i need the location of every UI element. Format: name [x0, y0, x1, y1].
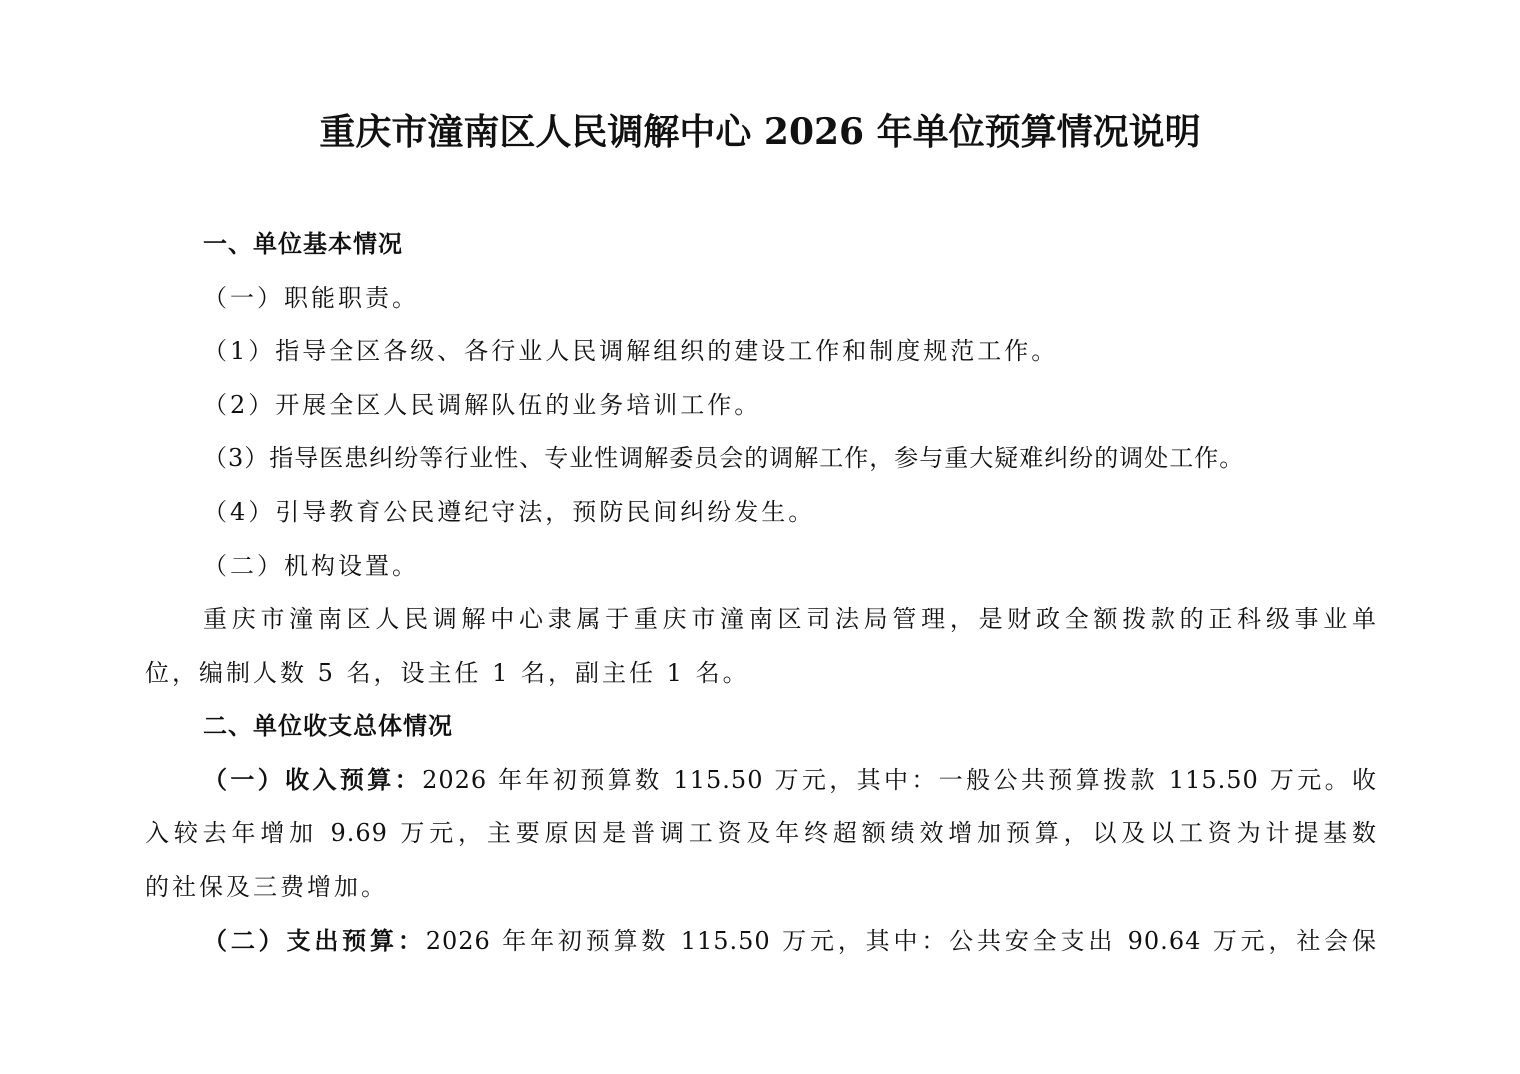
section-heading-basic-info: 一、单位基本情况 [203, 226, 1377, 262]
function-item-4: （4）引导教育公民遵纪守法，预防民间纠纷发生。 [203, 494, 1377, 530]
income-budget-line-1: （一）收入预算：2026 年年初预算数 115.50 万元，其中：一般公共预算拨… [203, 762, 1377, 798]
subheading-organization: （二）机构设置。 [203, 548, 1377, 584]
document-title: 重庆市潼南区人民调解中心 2026 年单位预算情况说明 [0, 108, 1520, 156]
subheading-functions: （一）职能职责。 [203, 280, 1377, 316]
function-item-2: （2）开展全区人民调解队伍的业务培训工作。 [203, 387, 1377, 423]
section-heading-revenue-expenditure: 二、单位收支总体情况 [203, 708, 1377, 744]
function-item-3: （3）指导医患纠纷等行业性、专业性调解委员会的调解工作，参与重大疑难纠纷的调处工… [203, 440, 1377, 476]
income-budget-line-3: 的社保及三费增加。 [145, 869, 1377, 905]
function-item-1: （1）指导全区各级、各行业人民调解组织的建设工作和制度规范工作。 [203, 333, 1377, 369]
income-budget-lead: （一）收入预算： [203, 765, 422, 794]
expense-budget-line-1: （二）支出预算：2026 年年初预算数 115.50 万元，其中：公共安全支出 … [203, 923, 1377, 959]
expense-budget-text: 2026 年年初预算数 115.50 万元，其中：公共安全支出 90.64 万元… [426, 927, 1377, 955]
document-page: 重庆市潼南区人民调解中心 2026 年单位预算情况说明 一、单位基本情况 （一）… [0, 0, 1520, 1074]
income-budget-text: 2026 年年初预算数 115.50 万元，其中：一般公共预算拨款 115.50… [422, 766, 1377, 794]
organization-paragraph-line-1: 重庆市潼南区人民调解中心隶属于重庆市潼南区司法局管理，是财政全额拨款的正科级事业… [203, 601, 1377, 637]
income-budget-line-2: 入较去年增加 9.69 万元，主要原因是普调工资及年终超额绩效增加预算，以及以工… [145, 815, 1377, 851]
organization-paragraph-line-2: 位，编制人数 5 名，设主任 1 名，副主任 1 名。 [145, 655, 1377, 691]
expense-budget-lead: （二）支出预算： [203, 926, 426, 955]
